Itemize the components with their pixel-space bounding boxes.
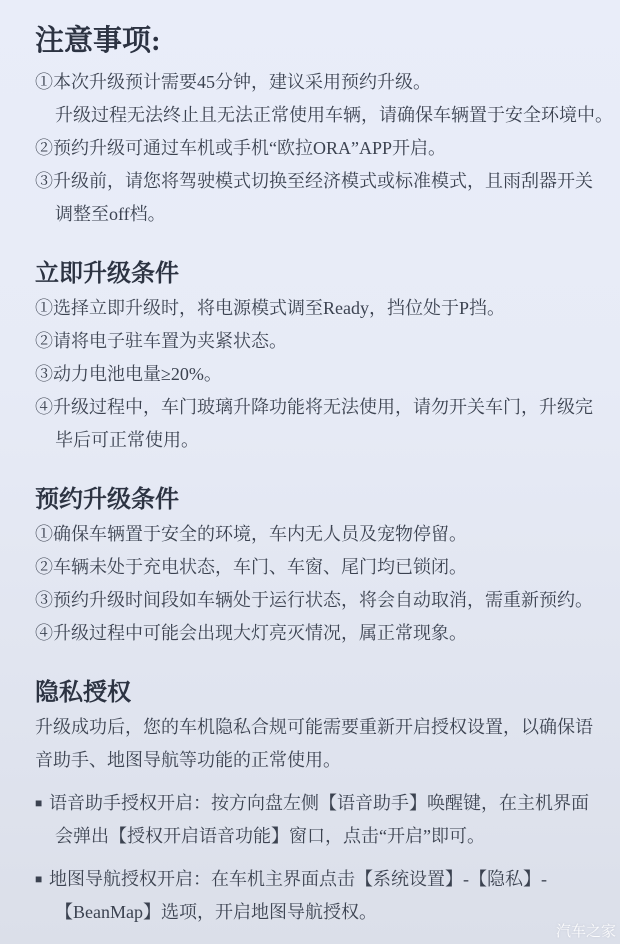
sections-container: ①本次升级预计需要45分钟，建议采用预约升级。升级过程无法终止且无法正常使用车辆… — [35, 66, 602, 929]
line-text: ③动力电池电量≥20%。 — [35, 364, 222, 384]
text-line: 调整至off档。 — [35, 198, 602, 231]
text-line: 升级过程无法终止且无法正常使用车辆，请确保车辆置于安全环境中。 — [35, 99, 602, 132]
text-line: ②预约升级可通过车机或手机“欧拉ORA”APP开启。 — [35, 132, 602, 165]
line-text: 音助手、地图导航等功能的正常使用。 — [35, 750, 341, 770]
line-text: 地图导航授权开启：在车机主界面点击【系统设置】-【隐私】- — [49, 869, 547, 889]
line-text: ②请将电子驻车置为夹紧状态。 — [35, 331, 287, 351]
text-line: 升级成功后，您的车机隐私合规可能需要重新开启授权设置，以确保语 — [35, 711, 602, 744]
line-text: ②预约升级可通过车机或手机“欧拉ORA”APP开启。 — [35, 138, 446, 158]
text-line: ③动力电池电量≥20%。 — [35, 358, 602, 391]
line-text: ①本次升级预计需要45分钟，建议采用预约升级。 — [35, 72, 431, 92]
text-line: ③升级前，请您将驾驶模式切换至经济模式或标准模式，且雨刮器开关 — [35, 165, 602, 198]
text-line: ②请将电子驻车置为夹紧状态。 — [35, 325, 602, 358]
watermark-autohome: 汽车之家 — [556, 920, 616, 941]
line-text: 毕后可正常使用。 — [55, 430, 199, 450]
line-text: ①确保车辆置于安全的环境，车内无人员及宠物停留。 — [35, 524, 467, 544]
section: ①本次升级预计需要45分钟，建议采用预约升级。升级过程无法终止且无法正常使用车辆… — [35, 66, 602, 231]
text-line: ①本次升级预计需要45分钟，建议采用预约升级。 — [35, 66, 602, 99]
line-text: 会弹出【授权开启语音功能】窗口，点击“开启”即可。 — [55, 826, 485, 846]
line-text: 调整至off档。 — [55, 204, 166, 224]
line-text: 语音助手授权开启：按方向盘左侧【语音助手】唤醒键，在主机界面 — [49, 793, 589, 813]
text-line: 【BeanMap】选项，开启地图导航授权。 — [35, 896, 602, 929]
section: 预约升级条件①确保车辆置于安全的环境，车内无人员及宠物停留。②车辆未处于充电状态… — [35, 485, 602, 650]
page-title: 注意事项: — [35, 22, 602, 60]
text-line: ③预约升级时间段如车辆处于运行状态，将会自动取消，需重新预约。 — [35, 584, 602, 617]
line-text: ④升级过程中可能会出现大灯亮灭情况，属正常现象。 — [35, 623, 467, 643]
section: 立即升级条件①选择立即升级时，将电源模式调至Ready，挡位处于P挡。②请将电子… — [35, 259, 602, 457]
upgrade-notice-page: { "page": { "background_top": "#e9edf9",… — [0, 0, 620, 944]
text-line: ①确保车辆置于安全的环境，车内无人员及宠物停留。 — [35, 518, 602, 551]
text-line: ④升级过程中，车门玻璃升降功能将无法使用，请勿开关车门，升级完 — [35, 391, 602, 424]
line-text: ③预约升级时间段如车辆处于运行状态，将会自动取消，需重新预约。 — [35, 590, 593, 610]
line-text: ③升级前，请您将驾驶模式切换至经济模式或标准模式，且雨刮器开关 — [35, 171, 593, 191]
line-text: 升级成功后，您的车机隐私合规可能需要重新开启授权设置，以确保语 — [35, 717, 593, 737]
text-line: ①选择立即升级时，将电源模式调至Ready，挡位处于P挡。 — [35, 292, 602, 325]
line-text: ④升级过程中，车门玻璃升降功能将无法使用，请勿开关车门，升级完 — [35, 397, 593, 417]
section: 隐私授权升级成功后，您的车机隐私合规可能需要重新开启授权设置，以确保语音助手、地… — [35, 678, 602, 929]
notice-document: 注意事项: ①本次升级预计需要45分钟，建议采用预约升级。升级过程无法终止且无法… — [0, 0, 620, 929]
text-line: ④升级过程中可能会出现大灯亮灭情况，属正常现象。 — [35, 617, 602, 650]
bullet-square-icon: ■ — [35, 863, 49, 896]
section-heading: 立即升级条件 — [35, 259, 602, 289]
text-line: 音助手、地图导航等功能的正常使用。 — [35, 744, 602, 777]
text-line: 会弹出【授权开启语音功能】窗口，点击“开启”即可。 — [35, 820, 602, 853]
line-text: 升级过程无法终止且无法正常使用车辆，请确保车辆置于安全环境中。 — [55, 105, 613, 125]
text-line: ■语音助手授权开启：按方向盘左侧【语音助手】唤醒键，在主机界面 — [35, 787, 602, 820]
text-line: 毕后可正常使用。 — [35, 424, 602, 457]
text-line: ②车辆未处于充电状态，车门、车窗、尾门均已锁闭。 — [35, 551, 602, 584]
text-line: ■地图导航授权开启：在车机主界面点击【系统设置】-【隐私】- — [35, 863, 602, 896]
line-text: ②车辆未处于充电状态，车门、车窗、尾门均已锁闭。 — [35, 557, 467, 577]
line-text: 【BeanMap】选项，开启地图导航授权。 — [55, 902, 377, 922]
bullet-square-icon: ■ — [35, 787, 49, 820]
section-heading: 隐私授权 — [35, 678, 602, 708]
section-heading: 预约升级条件 — [35, 485, 602, 515]
line-text: ①选择立即升级时，将电源模式调至Ready，挡位处于P挡。 — [35, 298, 505, 318]
